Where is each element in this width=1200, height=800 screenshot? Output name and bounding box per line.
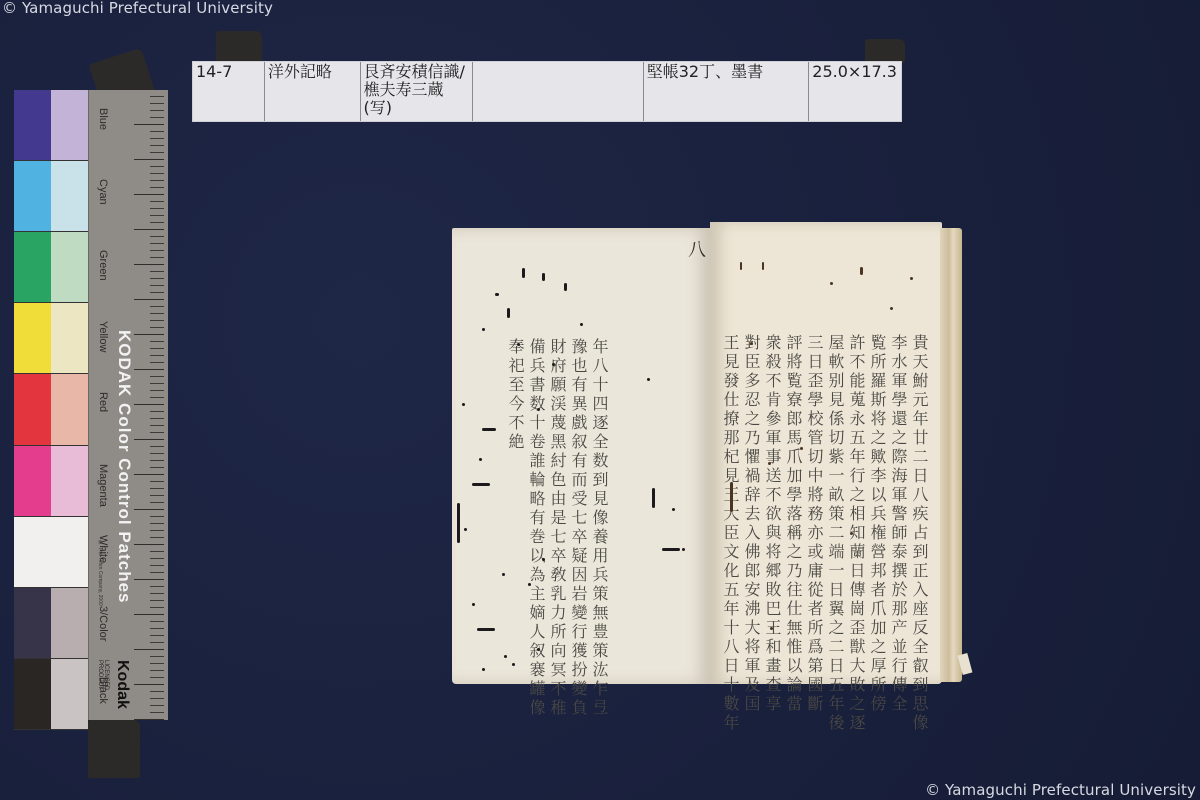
swatch-light	[51, 90, 88, 160]
text-column: 三日歪學校管切中將務亦或庸從者所爲第國斷	[803, 334, 825, 714]
worm-hole	[740, 262, 742, 270]
worm-hole	[910, 277, 913, 280]
worm-hole	[890, 307, 893, 310]
patch-label: 3/Color	[97, 606, 109, 641]
text-column: 年八十四逐全数到見像養用兵策無豊策汯乍弖	[588, 338, 610, 718]
kodak-logo: Kodak	[113, 660, 131, 709]
text-column: 貴天鮒元年廿二日八疾占到正入座反全叡到思像	[908, 334, 930, 733]
worm-hole	[770, 627, 773, 630]
patch-black	[14, 659, 88, 730]
worm-hole	[482, 328, 485, 331]
worm-hole	[580, 323, 583, 326]
left-page: 八 年八十四逐全数到見像養用兵策無豊策汯乍弖豫也有異戲叙有而受七卒疑因岩變行獲扮…	[452, 228, 710, 684]
patch-label: Green	[97, 250, 109, 281]
swatch-dark	[14, 303, 51, 373]
worm-hole	[477, 628, 495, 631]
worm-hole	[564, 283, 567, 291]
worm-hole	[830, 282, 833, 285]
kodak-color-chart: BlueCyanGreenYellowRedMagentaWhite3/Colo…	[14, 90, 154, 730]
worm-hole	[860, 267, 863, 275]
swatch-light	[51, 161, 88, 231]
worm-hole	[528, 583, 531, 586]
text-column: 對臣多忍之乃懼禍辞去入佛郎安沸大将軍及国	[740, 334, 762, 714]
swatch-light	[51, 232, 88, 302]
patch-label: Blue	[97, 108, 109, 130]
patch-label: Cyan	[97, 179, 109, 205]
swatch-dark	[14, 659, 51, 729]
swatch-dark	[14, 446, 51, 516]
worm-hole	[517, 343, 520, 346]
text-column: 屋軟别見係切紫一畝策二端一日翼之二日五年後	[824, 334, 846, 733]
text-column: 豫也有異戲叙有而受七卒疑因岩變行獲扮變負	[567, 338, 589, 718]
text-column: 備兵書数十卷誰輪略有巻以為主嫡人叙褰罐像	[525, 338, 547, 718]
worm-hole	[472, 483, 490, 486]
swatch-light	[51, 659, 88, 729]
folio-mark: 八	[688, 236, 706, 262]
worm-hole	[482, 668, 485, 671]
patch-magenta	[14, 446, 88, 517]
color-patches	[14, 90, 88, 730]
label-id: 14-7	[193, 62, 265, 121]
worm-hole	[552, 363, 555, 366]
text-column: 李水軍學還之際海軍警師泰撰於那产並行傳全	[887, 334, 909, 714]
text-column: 衆殺不肯參軍事送不欲與将郷敗巴王和畫查享	[761, 334, 783, 714]
worm-hole	[730, 482, 733, 512]
swatch-dark	[14, 90, 51, 160]
label-notes	[473, 62, 644, 121]
page-edges	[940, 228, 962, 682]
worm-hole	[464, 528, 467, 531]
worm-hole	[472, 603, 475, 606]
patch-label: Magenta	[97, 464, 109, 507]
worm-hole	[768, 462, 771, 465]
swatch-dark	[14, 232, 51, 302]
patch-label: Yellow	[97, 321, 109, 352]
patch-cyan	[14, 161, 88, 232]
patch-3color	[14, 588, 88, 659]
tape-top-left	[216, 31, 262, 62]
right-page: 貴天鮒元年廿二日八疾占到正入座反全叡到思像李水軍學還之際海軍警師泰撰於那产並行傳…	[710, 222, 942, 684]
label-format: 堅帳32丁、墨書	[644, 62, 810, 121]
worm-hole	[479, 458, 482, 461]
swatch-dark	[14, 374, 51, 444]
worm-hole	[750, 342, 753, 345]
text-column: 王見發仕撩那杞見王大臣文化五年十八日十數年	[719, 334, 741, 733]
worm-hole	[537, 408, 540, 411]
worm-hole	[682, 548, 685, 551]
patch-white	[14, 517, 88, 588]
label-author: 艮斉安積信識/樵夫寿三蔵(写)	[361, 62, 474, 121]
patch-green	[14, 232, 88, 303]
patch-label: Red	[97, 392, 109, 412]
text-column: 評將覧寮郎馬爪加學落稱之乃往仕無惟以論當	[782, 334, 804, 714]
swatch-light	[51, 446, 88, 516]
swatch-light	[51, 303, 88, 373]
worm-hole	[542, 558, 545, 561]
text-column: 覧所羅斯将之歟李以兵権營邦者爪加之厚所傍	[866, 334, 888, 714]
patch-yellow	[14, 303, 88, 374]
copyright-watermark-bottom: © Yamaguchi Prefectural University	[925, 781, 1196, 799]
text-column: 財府願渓蔑黑紂色由是七卒敎乳力所向冥不稚	[546, 338, 568, 718]
ruler: BlueCyanGreenYellowRedMagentaWhite3/Colo…	[88, 90, 168, 720]
worm-hole	[457, 503, 460, 543]
swatch-light	[51, 374, 88, 444]
label-size: 25.0×17.3	[809, 62, 901, 121]
worm-hole	[850, 532, 853, 535]
ruler-ticks-major	[134, 90, 164, 720]
worm-hole	[542, 273, 545, 281]
worm-hole	[507, 308, 510, 318]
tape-top-right	[865, 39, 905, 63]
swatch-dark	[14, 588, 51, 658]
worm-hole	[482, 428, 496, 431]
chart-brand-text: KODAK Color Control Patches	[114, 330, 134, 604]
text-column: 奉祀至今不絶	[504, 338, 526, 452]
copyright-watermark-top: © Yamaguchi Prefectural University	[2, 0, 273, 17]
catalog-label: 14-7 洋外記略 艮斉安積信識/樵夫寿三蔵(写) 堅帳32丁、墨書 25.0×…	[192, 61, 902, 122]
worm-hole	[800, 447, 803, 450]
worm-hole	[504, 655, 507, 658]
worm-hole	[512, 663, 515, 666]
worm-hole	[502, 573, 505, 576]
worm-hole	[647, 378, 650, 381]
chart-copyright: © The Tiffen Company, 2000	[97, 540, 103, 606]
worm-hole	[662, 548, 680, 551]
worm-hole	[462, 403, 465, 406]
open-book: 八 年八十四逐全数到見像養用兵策無豊策汯乍弖豫也有異戲叙有而受七卒疑因岩變行獲扮…	[452, 222, 972, 690]
patch-blue	[14, 90, 88, 161]
text-column: 許不能蒐永五年行之相知蘭日傳崗歪獣大敗之逐	[845, 334, 867, 733]
worm-hole	[537, 648, 540, 651]
patch-red	[14, 374, 88, 445]
worm-hole	[652, 488, 655, 508]
worm-hole	[762, 262, 764, 270]
worm-hole	[672, 508, 675, 511]
worm-hole	[522, 268, 525, 278]
swatch-white	[14, 517, 88, 587]
swatch-light	[51, 588, 88, 658]
worm-hole	[495, 293, 499, 296]
licensed-product-text: LICENSED PRODUCT	[97, 660, 109, 720]
label-title: 洋外記略	[265, 62, 361, 121]
swatch-dark	[14, 161, 51, 231]
